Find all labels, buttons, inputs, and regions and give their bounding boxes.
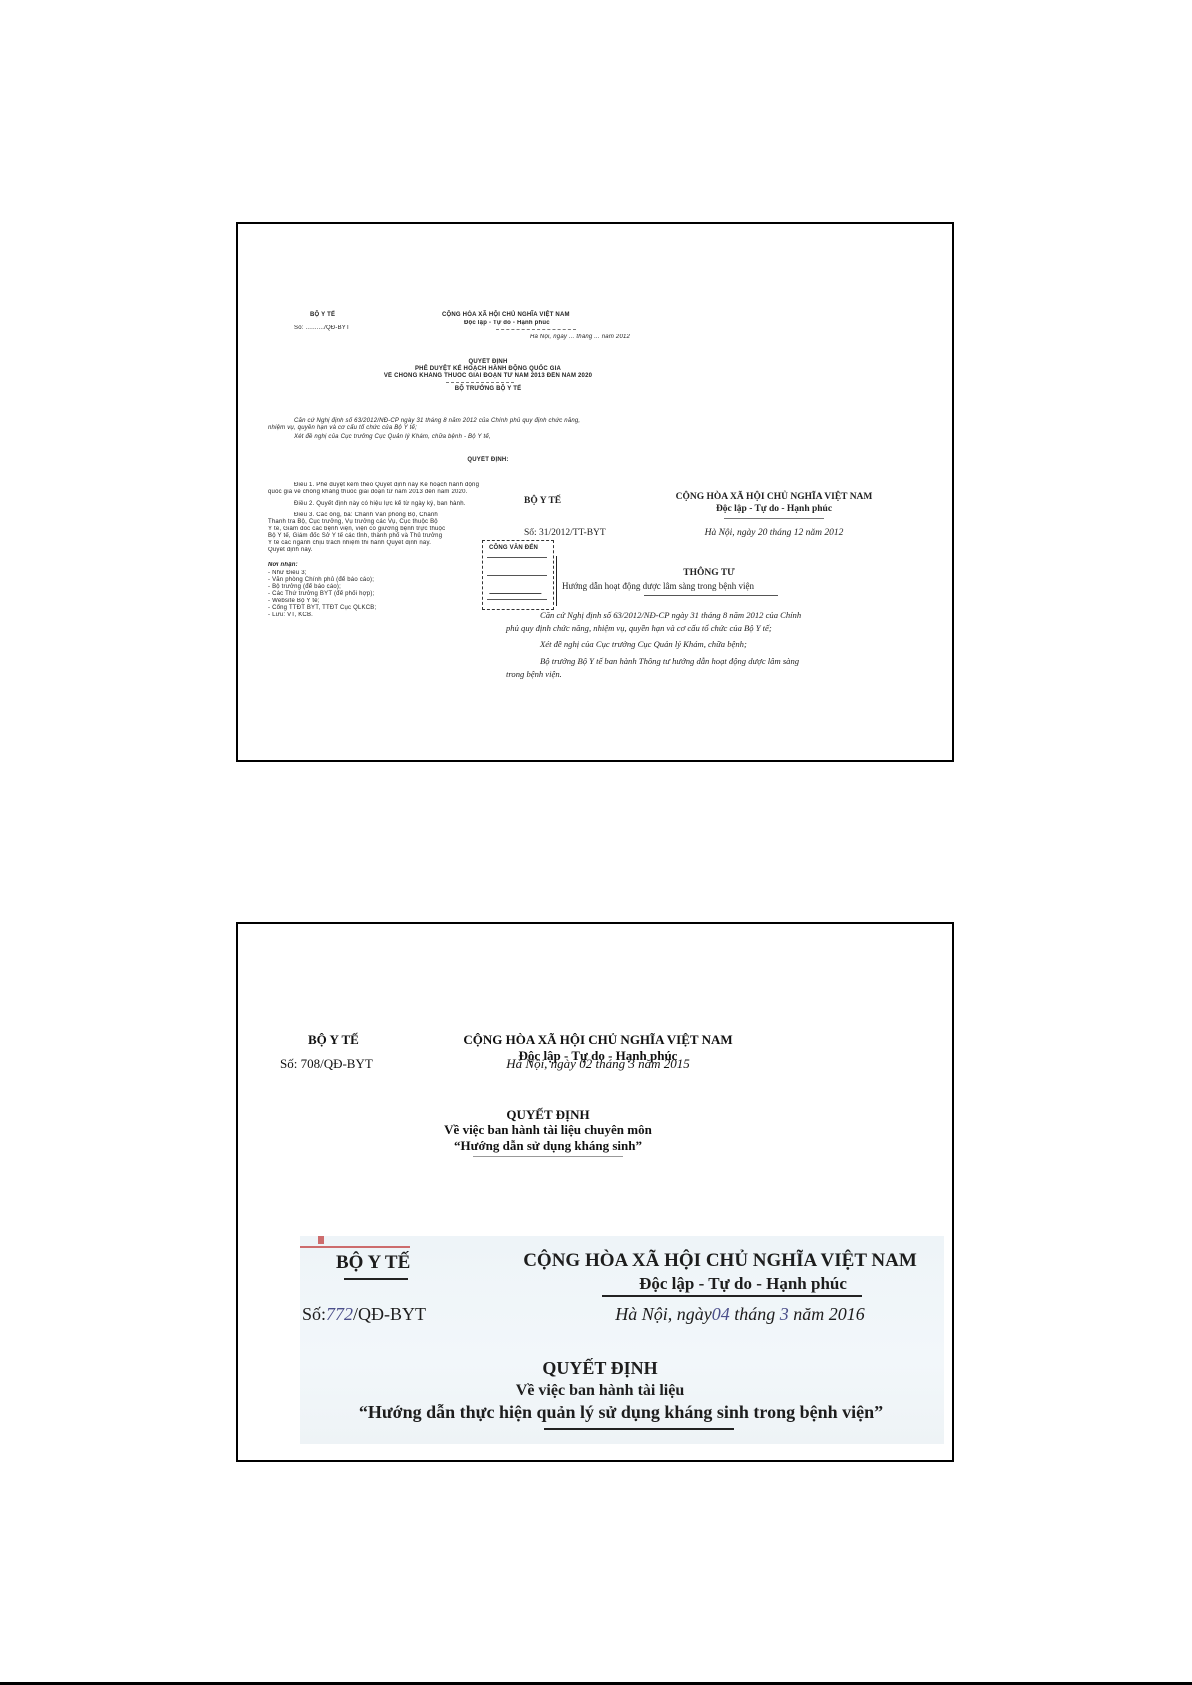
article-line: Quyết định này. [268, 547, 313, 553]
recipients-title: Nơi nhận: [268, 562, 298, 568]
preamble-line: Xét đề nghị của Cục trưởng Cục Quản lý K… [540, 639, 747, 649]
document-date: Hà Nội, ngày 20 tháng 12 năm 2012 [624, 528, 924, 538]
preamble-line: Căn cứ Nghị định số 63/2012/NĐ-CP ngày 3… [294, 418, 580, 424]
recipient-item: - Cổng TTĐT BYT, TTĐT Cục QLKCB; [268, 605, 376, 611]
slide-1: BỘ Y TẾ Số: ........../QĐ-BYT CỘNG HÒA X… [236, 222, 954, 762]
preamble-line: Căn cứ Nghị định số 63/2012/NĐ-CP ngày 3… [540, 610, 801, 620]
handwritten-month: 3 [780, 1304, 789, 1324]
article-line: Y tế, Giám đốc các bệnh viện, viện có gi… [268, 526, 445, 532]
ministry-name: BỘ Y TẾ [524, 496, 561, 506]
national-motto: Độc lập - Tự do - Hạnh phúc [624, 504, 924, 514]
document-date: Hà Nội, ngày04 tháng 3 năm 2016 [520, 1304, 954, 1325]
document-title: QUYẾT ĐỊNH [358, 359, 618, 365]
article-line: quốc gia về chống kháng thuốc giai đoạn … [268, 489, 468, 495]
article-line: Bộ Y tế, Giám đốc Sở Y tế các tỉnh, thàn… [268, 533, 442, 539]
ministry-underline [344, 1278, 408, 1280]
ministry-name: BỘ Y TẾ [308, 1032, 359, 1048]
article-line: Điều 2. Quyết định này có hiệu lực kể từ… [294, 501, 466, 507]
red-ink-mark [300, 1236, 410, 1248]
national-motto: Độc lập - Tự do - Hạnh phúc [528, 1274, 954, 1294]
national-motto: Độc lập - Tự do - Hạnh phúc [464, 320, 550, 326]
document-title: QUYẾT ĐỊNH [398, 1107, 698, 1123]
subtitle-underline [473, 1156, 623, 1157]
decides-heading: QUYẾT ĐỊNH: [358, 457, 618, 463]
document-subtitle-1: PHÊ DUYỆT KẾ HOẠCH HÀNH ĐỘNG QUỐC GIA [318, 366, 658, 372]
document-number: Số:772/QĐ-BYT [302, 1304, 426, 1325]
document-subtitle-2: “Hướng dẫn thực hiện quản lý sử dụng khá… [306, 1402, 936, 1423]
motto-underline [724, 518, 824, 519]
document-decision-772-2016-scan: BỘ Y TẾ CỘNG HÒA XÃ HỘI CHỦ NGHĨA VIỆT N… [300, 1236, 944, 1444]
article-line: Điều 1. Phê duyệt kèm theo Quyết định nà… [294, 482, 479, 488]
recipient-item: - Văn phòng Chính phủ (để báo cáo); [268, 577, 374, 583]
ministry-name: BỘ Y TẾ [310, 312, 335, 318]
stamp-line [487, 557, 547, 558]
stamp-label: CÔNG VĂN ĐẾN [489, 545, 538, 551]
document-number: Số: 31/2012/TT-BYT [524, 528, 606, 538]
recipient-item: - Các Thứ trưởng BYT (để phối hợp); [268, 591, 374, 597]
document-title: THÔNG TƯ [584, 568, 834, 578]
slide-2: BỘ Y TẾ Số: 708/QĐ-BYT CỘNG HÒA XÃ HỘI C… [236, 922, 954, 1462]
date-suffix: năm 2016 [793, 1304, 865, 1324]
ministry-name: BỘ Y TẾ [336, 1252, 410, 1274]
preamble-line: trong bệnh viện. [506, 669, 562, 679]
document-subtitle: Hướng dẫn hoạt động dược lâm sàng trong … [562, 581, 754, 591]
document-number: Số: 708/QĐ-BYT [280, 1056, 373, 1072]
motto-underline [496, 329, 576, 331]
document-subtitle-1: Về việc ban hành tài liệu [450, 1382, 750, 1400]
subtitle-underline [544, 1428, 734, 1430]
document-subtitle-2: “Hướng dẫn sử dụng kháng sinh” [358, 1138, 738, 1154]
document-number: Số: ........../QĐ-BYT [294, 325, 350, 331]
document-title: QUYẾT ĐỊNH [450, 1358, 750, 1379]
article-line: Thanh tra Bộ, Cục trưởng, Vụ trưởng các … [268, 519, 438, 525]
stamp-line [487, 599, 547, 600]
red-ink-mark [318, 1236, 324, 1244]
recipient-item: - Lưu: VT, KCB. [268, 612, 313, 618]
country-name: CỘNG HÒA XÃ HỘI CHỦ NGHĨA VIỆT NAM [624, 492, 924, 502]
preamble-line: Bộ trưởng Bộ Y tế ban hành Thông tư hướn… [540, 656, 799, 666]
document-authority: BỘ TRƯỞNG BỘ Y TẾ [358, 386, 618, 392]
preamble-line: nhiệm vụ, quyền hạn và cơ cấu tổ chức củ… [268, 425, 417, 431]
preamble-line: Xét đề nghị của Cục trưởng Cục Quản lý K… [294, 434, 491, 440]
motto-underline [602, 1295, 862, 1297]
document-subtitle-1: Về việc ban hành tài liệu chuyên môn [358, 1122, 738, 1138]
country-name: CỘNG HÒA XÃ HỘI CHỦ NGHĨA VIỆT NAM [442, 312, 570, 318]
document-date: Hà Nội, ngày ... tháng ... năm 2012 [530, 334, 630, 340]
date-prefix: Hà Nội, ngày [615, 1304, 712, 1324]
handwritten-day: 04 [712, 1304, 730, 1324]
subtitle-underline [644, 595, 778, 596]
received-stamp: CÔNG VĂN ĐẾN [482, 540, 554, 610]
stamp-margin-line [556, 556, 557, 606]
recipient-item: - Như Điều 3; [268, 570, 307, 576]
handwritten-signature-icon [489, 581, 544, 594]
recipient-item: - Website Bộ Y tế; [268, 598, 320, 604]
handwritten-number: 772 [326, 1304, 353, 1324]
number-suffix: /QĐ-BYT [353, 1304, 426, 1324]
date-mid: tháng [734, 1304, 775, 1324]
article-line: Y tế các ngành chịu trách nhiệm thi hành… [268, 540, 431, 546]
title-underline [446, 382, 514, 384]
recipient-item: - Bộ trưởng (để báo cáo); [268, 584, 341, 590]
stamp-line [487, 575, 547, 576]
country-name: CỘNG HÒA XÃ HỘI CHỦ NGHĨA VIỆT NAM [418, 1032, 778, 1048]
article-line: Điều 3. Các ông, bà: Chánh Văn phòng Bộ,… [294, 512, 438, 518]
document-date: Hà Nội, ngày 02 tháng 3 năm 2015 [418, 1056, 778, 1072]
number-prefix: Số: [302, 1304, 326, 1324]
document-subtitle-2: VỀ CHỐNG KHÁNG THUỐC GIAI ĐOẠN TỪ NĂM 20… [278, 373, 698, 379]
preamble-line: phủ quy định chức năng, nhiệm vụ, quyền … [506, 623, 772, 633]
country-name: CỘNG HÒA XÃ HỘI CHỦ NGHĨA VIỆT NAM [490, 1250, 950, 1272]
document-circular-2012: BỘ Y TẾ Số: 31/2012/TT-BYT CỘNG HÒA XÃ H… [484, 496, 944, 746]
